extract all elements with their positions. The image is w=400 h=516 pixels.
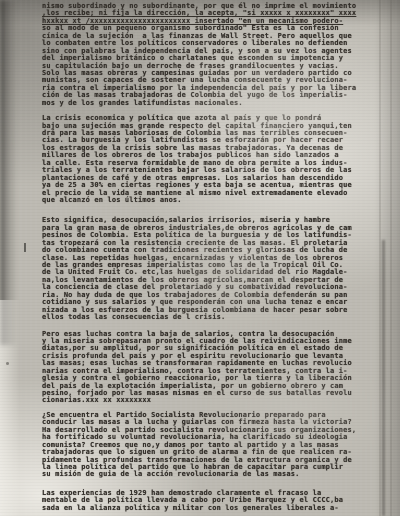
- document-text: nismo subordinado y no subordinante, por…: [42, 3, 370, 512]
- paragraph: nismo subordinado y no subordinante, por…: [42, 3, 370, 107]
- text-line: mos y de los grandes latifundistas nacio…: [42, 100, 370, 107]
- margin-tick-mark: [24, 243, 26, 252]
- paragraph: ¿Se encuentra el Partido Socialista Revo…: [42, 412, 370, 479]
- paragraph: Las experiencias de 1929 han demostrado …: [42, 490, 370, 512]
- paragraph: La crisis economica y política que azota…: [42, 115, 370, 204]
- scan-streaks-right-edge: [374, 0, 400, 516]
- scanned-page: nismo subordinado y no subordinante, por…: [0, 0, 400, 516]
- scan-fold-line: [382, 240, 385, 516]
- scan-light-left-bottom: [0, 300, 20, 516]
- paragraph: Esto significa, desocupación,salarios ir…: [42, 217, 370, 321]
- paragraph: Pero esas luchas contra la baja de salar…: [42, 331, 370, 405]
- text-line: ellos todas las consecuencias de l crisi…: [42, 314, 370, 321]
- paper-speck: [6, 362, 9, 365]
- scan-shadow-left-edge: [0, 0, 17, 345]
- text-line: sada en la alianza política y militar co…: [42, 505, 370, 512]
- text-line: que alcanzó en los últimos anos.: [42, 197, 370, 204]
- text-line: cionarias.xxx xx xxxxxxxx: [42, 397, 370, 404]
- text-line: su misión de guia de la acción revolucio…: [42, 471, 370, 478]
